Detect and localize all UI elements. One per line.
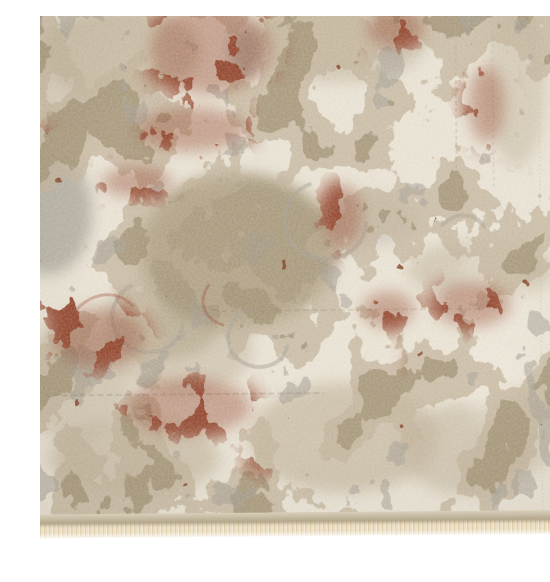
rug-pile-texture bbox=[40, 16, 550, 524]
rug-fringe bbox=[40, 519, 550, 539]
rug-product-photo bbox=[40, 16, 550, 566]
rug bbox=[40, 16, 550, 539]
